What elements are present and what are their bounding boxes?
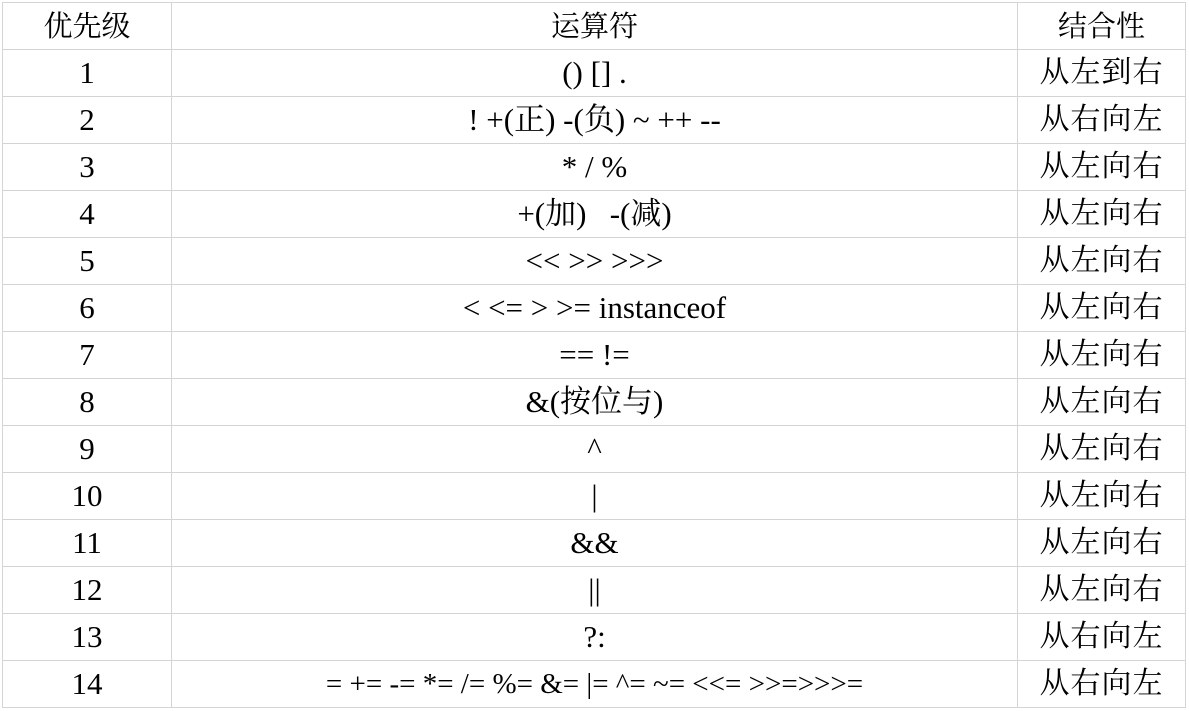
priority-cell[interactable]: 14 <box>3 661 172 708</box>
table-row: 1 () [] . 从左到右 <box>3 50 1186 97</box>
operators-cell[interactable]: +(加) -(减) <box>172 191 1018 238</box>
associativity-cell[interactable]: 从右向左 <box>1018 661 1186 708</box>
operator-precedence-table: 优先级 运算符 结合性 1 () [] . 从左到右 2 ! +(正) -(负)… <box>2 2 1186 708</box>
table-row: 10 | 从左向右 <box>3 473 1186 520</box>
operators-cell[interactable]: ?: <box>172 614 1018 661</box>
associativity-cell[interactable]: 从左向右 <box>1018 144 1186 191</box>
table-row: 4 +(加) -(减) 从左向右 <box>3 191 1186 238</box>
associativity-cell[interactable]: 从左向右 <box>1018 520 1186 567</box>
priority-cell[interactable]: 1 <box>3 50 172 97</box>
table-row: 7 == != 从左向右 <box>3 332 1186 379</box>
header-priority[interactable]: 优先级 <box>3 3 172 50</box>
associativity-cell[interactable]: 从右向左 <box>1018 614 1186 661</box>
priority-cell[interactable]: 11 <box>3 520 172 567</box>
table-row: 8 &(按位与) 从左向右 <box>3 379 1186 426</box>
operators-cell[interactable]: = += -= *= /= %= &= |= ^= ~= <<= >>=>>>= <box>172 661 1018 708</box>
header-operators[interactable]: 运算符 <box>172 3 1018 50</box>
table-row: 13 ?: 从右向左 <box>3 614 1186 661</box>
associativity-cell[interactable]: 从右向左 <box>1018 97 1186 144</box>
associativity-cell[interactable]: 从左向右 <box>1018 285 1186 332</box>
table-row: 5 << >> >>> 从左向右 <box>3 238 1186 285</box>
operators-cell[interactable]: | <box>172 473 1018 520</box>
priority-cell[interactable]: 13 <box>3 614 172 661</box>
priority-cell[interactable]: 5 <box>3 238 172 285</box>
operators-cell[interactable]: ! +(正) -(负) ~ ++ -- <box>172 97 1018 144</box>
priority-cell[interactable]: 10 <box>3 473 172 520</box>
table-row: 3 * / % 从左向右 <box>3 144 1186 191</box>
operators-cell[interactable]: < <= > >= instanceof <box>172 285 1018 332</box>
associativity-cell[interactable]: 从左向右 <box>1018 332 1186 379</box>
header-row: 优先级 运算符 结合性 <box>3 3 1186 50</box>
header-associativity[interactable]: 结合性 <box>1018 3 1186 50</box>
priority-cell[interactable]: 3 <box>3 144 172 191</box>
priority-cell[interactable]: 8 <box>3 379 172 426</box>
priority-cell[interactable]: 2 <box>3 97 172 144</box>
operators-cell[interactable]: && <box>172 520 1018 567</box>
operators-cell[interactable]: &(按位与) <box>172 379 1018 426</box>
priority-cell[interactable]: 9 <box>3 426 172 473</box>
operators-cell[interactable]: () [] . <box>172 50 1018 97</box>
associativity-cell[interactable]: 从左向右 <box>1018 191 1186 238</box>
priority-cell[interactable]: 12 <box>3 567 172 614</box>
priority-cell[interactable]: 6 <box>3 285 172 332</box>
associativity-cell[interactable]: 从左向右 <box>1018 473 1186 520</box>
operators-cell[interactable]: ^ <box>172 426 1018 473</box>
operators-cell[interactable]: || <box>172 567 1018 614</box>
table-row: 9 ^ 从左向右 <box>3 426 1186 473</box>
table-row: 6 < <= > >= instanceof 从左向右 <box>3 285 1186 332</box>
associativity-cell[interactable]: 从左向右 <box>1018 567 1186 614</box>
associativity-cell[interactable]: 从左向右 <box>1018 379 1186 426</box>
table-row: 11 && 从左向右 <box>3 520 1186 567</box>
table-row: 12 || 从左向右 <box>3 567 1186 614</box>
table-row: 2 ! +(正) -(负) ~ ++ -- 从右向左 <box>3 97 1186 144</box>
operators-cell[interactable]: * / % <box>172 144 1018 191</box>
associativity-cell[interactable]: 从左到右 <box>1018 50 1186 97</box>
priority-cell[interactable]: 4 <box>3 191 172 238</box>
associativity-cell[interactable]: 从左向右 <box>1018 238 1186 285</box>
operators-cell[interactable]: << >> >>> <box>172 238 1018 285</box>
associativity-cell[interactable]: 从左向右 <box>1018 426 1186 473</box>
priority-cell[interactable]: 7 <box>3 332 172 379</box>
table-row: 14 = += -= *= /= %= &= |= ^= ~= <<= >>=>… <box>3 661 1186 708</box>
operators-cell[interactable]: == != <box>172 332 1018 379</box>
